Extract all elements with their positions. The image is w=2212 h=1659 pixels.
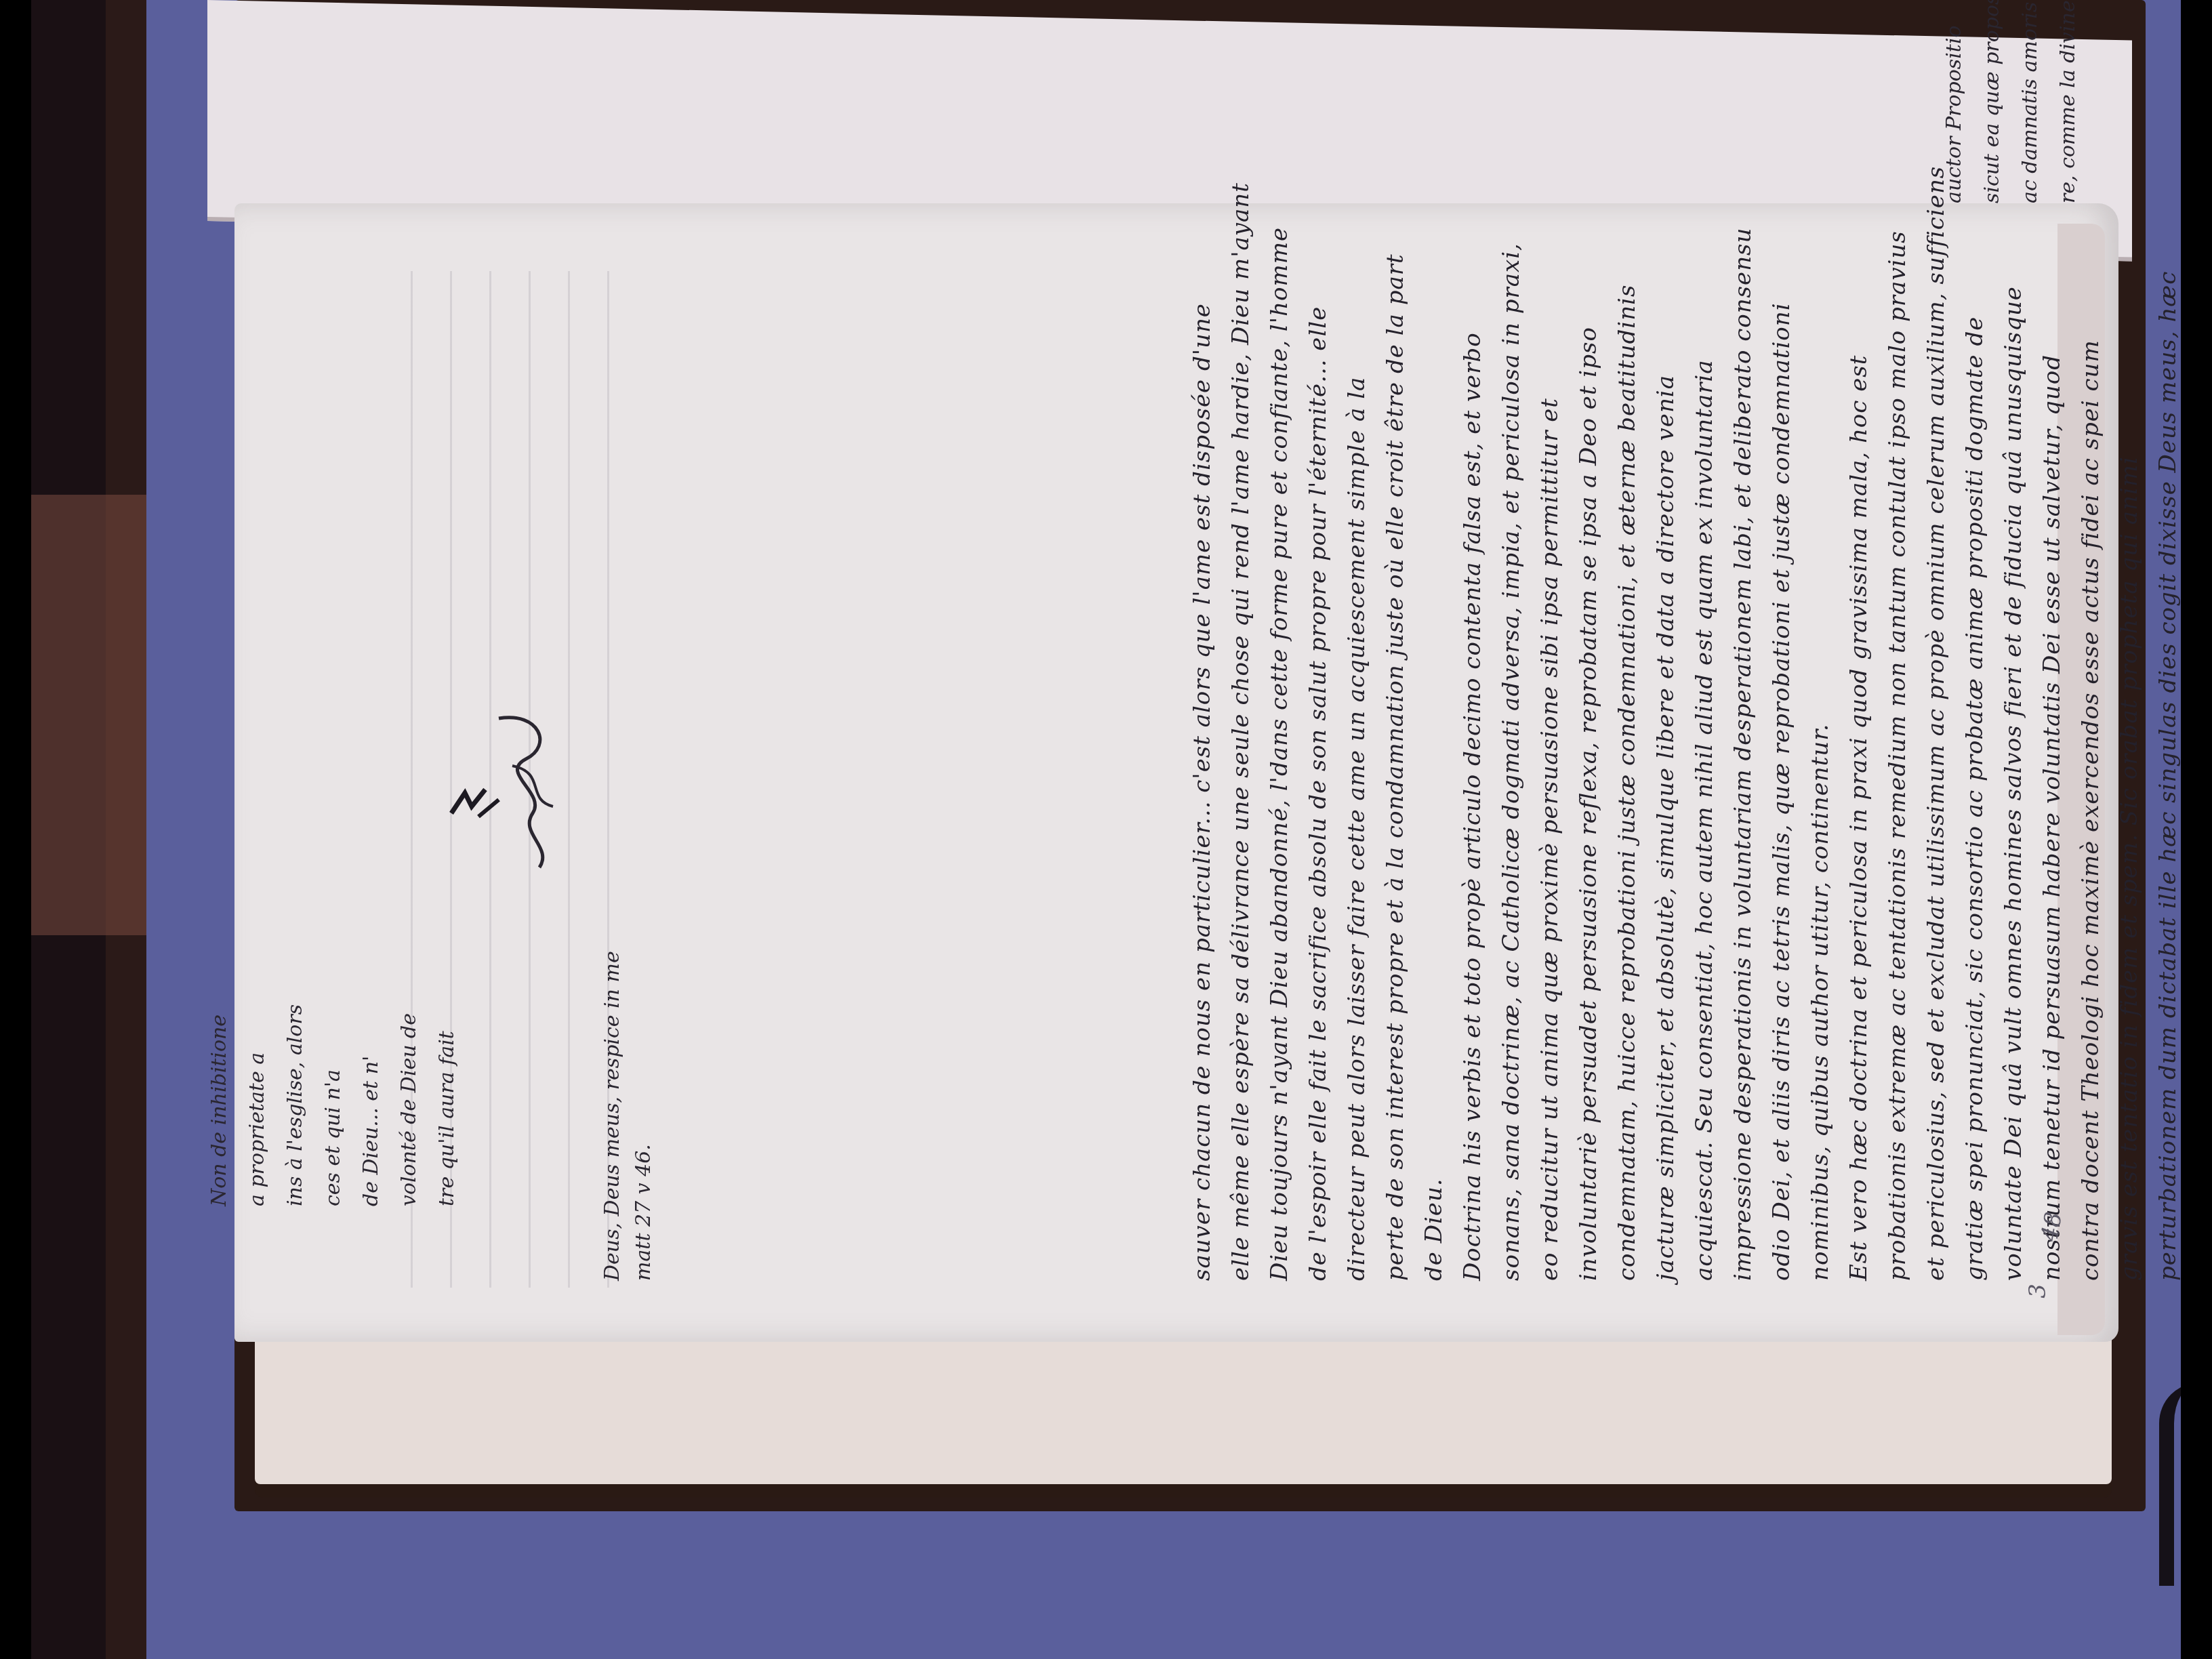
text-line: probationis extremæ ac tentationis remed… bbox=[1879, 166, 1917, 1281]
text-line: nostrum tenetur id persuasum habere volu… bbox=[2033, 166, 2072, 1281]
left-page-text: Non de inhibitione a proprietate a ins à… bbox=[201, 1004, 466, 1206]
text-line: sauver chacun de nous en particulier... … bbox=[1183, 166, 1222, 1281]
table-stain bbox=[31, 495, 146, 935]
text-line: perte de son interest propre et à la con… bbox=[1376, 166, 1415, 1281]
text-line: Dieu toujours n'ayant Dieu abandonné, l'… bbox=[1261, 166, 1299, 1281]
text-line: perturbationem dum dictabat ille hæc sin… bbox=[2149, 166, 2181, 1281]
text-line: de Dieu... et n' bbox=[352, 1004, 390, 1206]
text-line: elle même elle espère sa délivrance une … bbox=[1222, 166, 1261, 1281]
text-line: odio Dei, et aliis diris ac tetris malis… bbox=[1763, 166, 1801, 1281]
text-line: eo reducitur ut anima quæ proximè persua… bbox=[1531, 166, 1570, 1281]
text-line: a proprietate a bbox=[239, 1004, 276, 1206]
text-line: ins à l'esglise, alors bbox=[276, 1004, 314, 1206]
text-line: et periculosius, sed et excludat utiliss… bbox=[1917, 166, 1956, 1281]
photo-scene: auctor Propositio sicut ea quæ propositi… bbox=[31, 0, 2181, 1659]
text-line: voluntate Dei quâ vult omnes homines sal… bbox=[1994, 166, 2033, 1281]
text-line: sonans, sana doctrinæ, ac Catholicæ dogm… bbox=[1492, 166, 1531, 1281]
text-line: Est vero hæc doctrina et periculosa in p… bbox=[1840, 166, 1879, 1281]
text-line: de Dieu. bbox=[1415, 166, 1454, 1281]
text-line: tre qu'il aura fait bbox=[428, 1004, 466, 1206]
text-line: directeur peut alors laisser faire cette… bbox=[1338, 166, 1376, 1281]
cable bbox=[2159, 1382, 2181, 1586]
main-text: sauver chacun de nous en particulier... … bbox=[1183, 166, 2181, 1281]
text-line: volonté de Dieu de bbox=[390, 1004, 428, 1206]
text-line: jacturæ simpliciter, et absolutè, simulq… bbox=[1647, 166, 1685, 1281]
text-line: de l'espoir elle fait le sacrifice absol… bbox=[1299, 166, 1338, 1281]
signature-flourish-icon bbox=[485, 705, 567, 881]
text-line: Doctrina his verbis et toto propè articu… bbox=[1454, 166, 1492, 1281]
text-line: Non de inhibitione bbox=[201, 1004, 239, 1206]
text-line: contra docent Theologi hoc maximè exerce… bbox=[2072, 166, 2110, 1281]
text-line: nominibus, quibus author utitur, contine… bbox=[1801, 166, 1840, 1281]
text-line: Deus, Deus meus, respice in me bbox=[597, 951, 628, 1281]
page-number: 3 bbox=[2024, 1284, 2051, 1298]
text-line: matt 27 v 46. bbox=[628, 951, 659, 1281]
text-line: acquiescat. Seu consentiat, hoc autem ni… bbox=[1685, 166, 1724, 1281]
text-line: gravis est tentatio in fidem et spem. Si… bbox=[2110, 166, 2149, 1281]
text-line: involuntariè persuadet persuasione refle… bbox=[1570, 166, 1608, 1281]
margin-note: Deus, Deus meus, respice in me matt 27 v… bbox=[597, 951, 659, 1281]
folio-number: 48 bbox=[2036, 1210, 2068, 1244]
page-stack bbox=[255, 1328, 2112, 1484]
text-line: ces et qui n'a bbox=[314, 1004, 352, 1206]
text-line: condemnatam, huicce reprobationi justæ c… bbox=[1608, 166, 1647, 1281]
text-line: impressione desperationis in voluntariam… bbox=[1724, 166, 1763, 1281]
text-line: gratiæ spei pronunciat, sic consortio ac… bbox=[1956, 166, 1994, 1281]
